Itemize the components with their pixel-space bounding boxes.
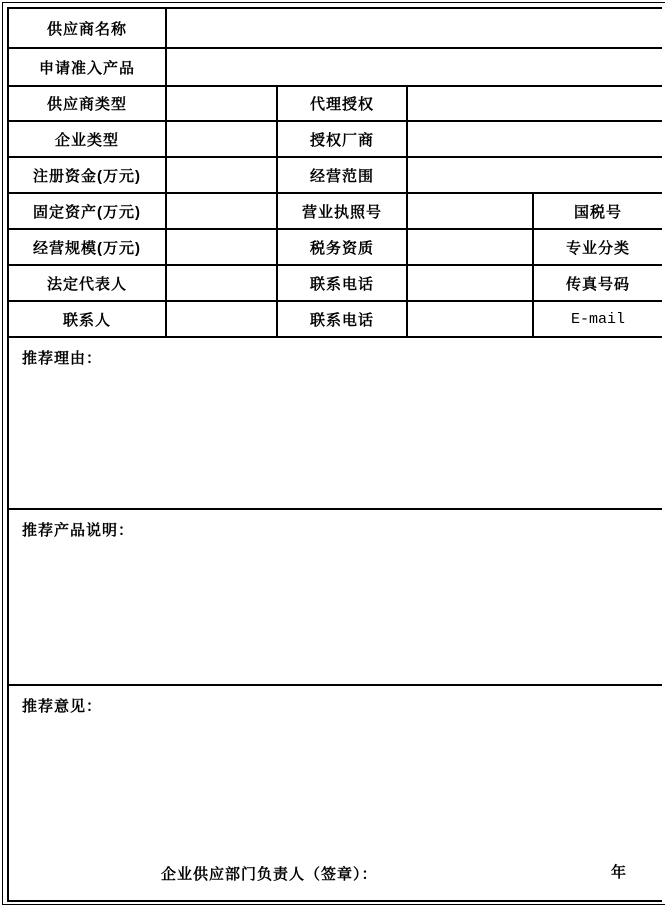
agency-authorization-input[interactable] [407,86,662,121]
authorized-manufacturer-input[interactable] [407,121,662,157]
row-recommendation-reason: 推荐理由： [8,337,662,509]
row-registered-capital: 注册资金(万元) 经营范围 [8,157,662,193]
recommendation-opinion-label: 推荐意见： [22,698,102,715]
row-applied-products: 申请准入产品 [8,48,662,86]
recommendation-opinion-area[interactable]: 推荐意见： 企业供应部门负责人（签章）： 年 [8,685,662,901]
row-recommended-product-description: 推荐产品说明： [8,509,662,685]
row-business-scale: 经营规模(万元) 税务资质 专业分类 [8,229,662,265]
recommendation-reason-area[interactable]: 推荐理由： [8,337,662,509]
row-fixed-assets: 固定资产(万元) 营业执照号 国税号 [8,193,662,229]
tax-qualification-label: 税务资质 [277,229,407,265]
applied-products-input[interactable] [166,48,662,86]
supplier-name-input[interactable] [166,8,662,48]
fax-number-label: 传真号码 [533,265,662,301]
business-scale-label: 经营规模(万元) [8,229,166,265]
row-enterprise-type: 企业类型 授权厂商 [8,121,662,157]
department-head-signature-label: 企业供应部门负责人（签章）： [161,863,378,884]
row-supplier-type: 供应商类型 代理授权 [8,86,662,121]
professional-category-label: 专业分类 [533,229,662,265]
supplier-type-input[interactable] [166,86,277,121]
supplier-admission-form-table: 供应商名称 申请准入产品 供应商类型 代理授权 企业类型 授权厂商 注册资金(万… [7,7,662,902]
form-page: 供应商名称 申请准入产品 供应商类型 代理授权 企业类型 授权厂商 注册资金(万… [0,0,665,913]
registered-capital-input[interactable] [166,157,277,193]
business-scope-label: 经营范围 [277,157,407,193]
recommended-product-description-label: 推荐产品说明： [22,522,134,539]
tax-qualification-input[interactable] [407,229,533,265]
fixed-assets-label: 固定资产(万元) [8,193,166,229]
supplier-type-label: 供应商类型 [8,86,166,121]
agency-authorization-label: 代理授权 [277,86,407,121]
enterprise-type-label: 企业类型 [8,121,166,157]
fixed-assets-input[interactable] [166,193,277,229]
email-label: E-mail [533,301,662,337]
signature-date-year-label: 年 [611,861,627,882]
row-contact-person: 联系人 联系电话 E-mail [8,301,662,337]
national-tax-number-label: 国税号 [533,193,662,229]
registered-capital-label: 注册资金(万元) [8,157,166,193]
applied-products-label: 申请准入产品 [8,48,166,86]
enterprise-type-input[interactable] [166,121,277,157]
business-license-input[interactable] [407,193,533,229]
row-supplier-name: 供应商名称 [8,8,662,48]
contact-person-label: 联系人 [8,301,166,337]
contact-phone-input[interactable] [407,265,533,301]
contact-person-input[interactable] [166,301,277,337]
row-recommendation-opinion: 推荐意见： 企业供应部门负责人（签章）： 年 [8,685,662,901]
legal-representative-label: 法定代表人 [8,265,166,301]
contact-person-phone-label: 联系电话 [277,301,407,337]
supplier-name-label: 供应商名称 [8,8,166,48]
contact-phone-label: 联系电话 [277,265,407,301]
legal-representative-input[interactable] [166,265,277,301]
business-scope-input[interactable] [407,157,662,193]
authorized-manufacturer-label: 授权厂商 [277,121,407,157]
contact-person-phone-input[interactable] [407,301,533,337]
business-scale-input[interactable] [166,229,277,265]
row-legal-representative: 法定代表人 联系电话 传真号码 [8,265,662,301]
recommended-product-description-area[interactable]: 推荐产品说明： [8,509,662,685]
business-license-label: 营业执照号 [277,193,407,229]
recommendation-reason-label: 推荐理由： [22,350,102,367]
